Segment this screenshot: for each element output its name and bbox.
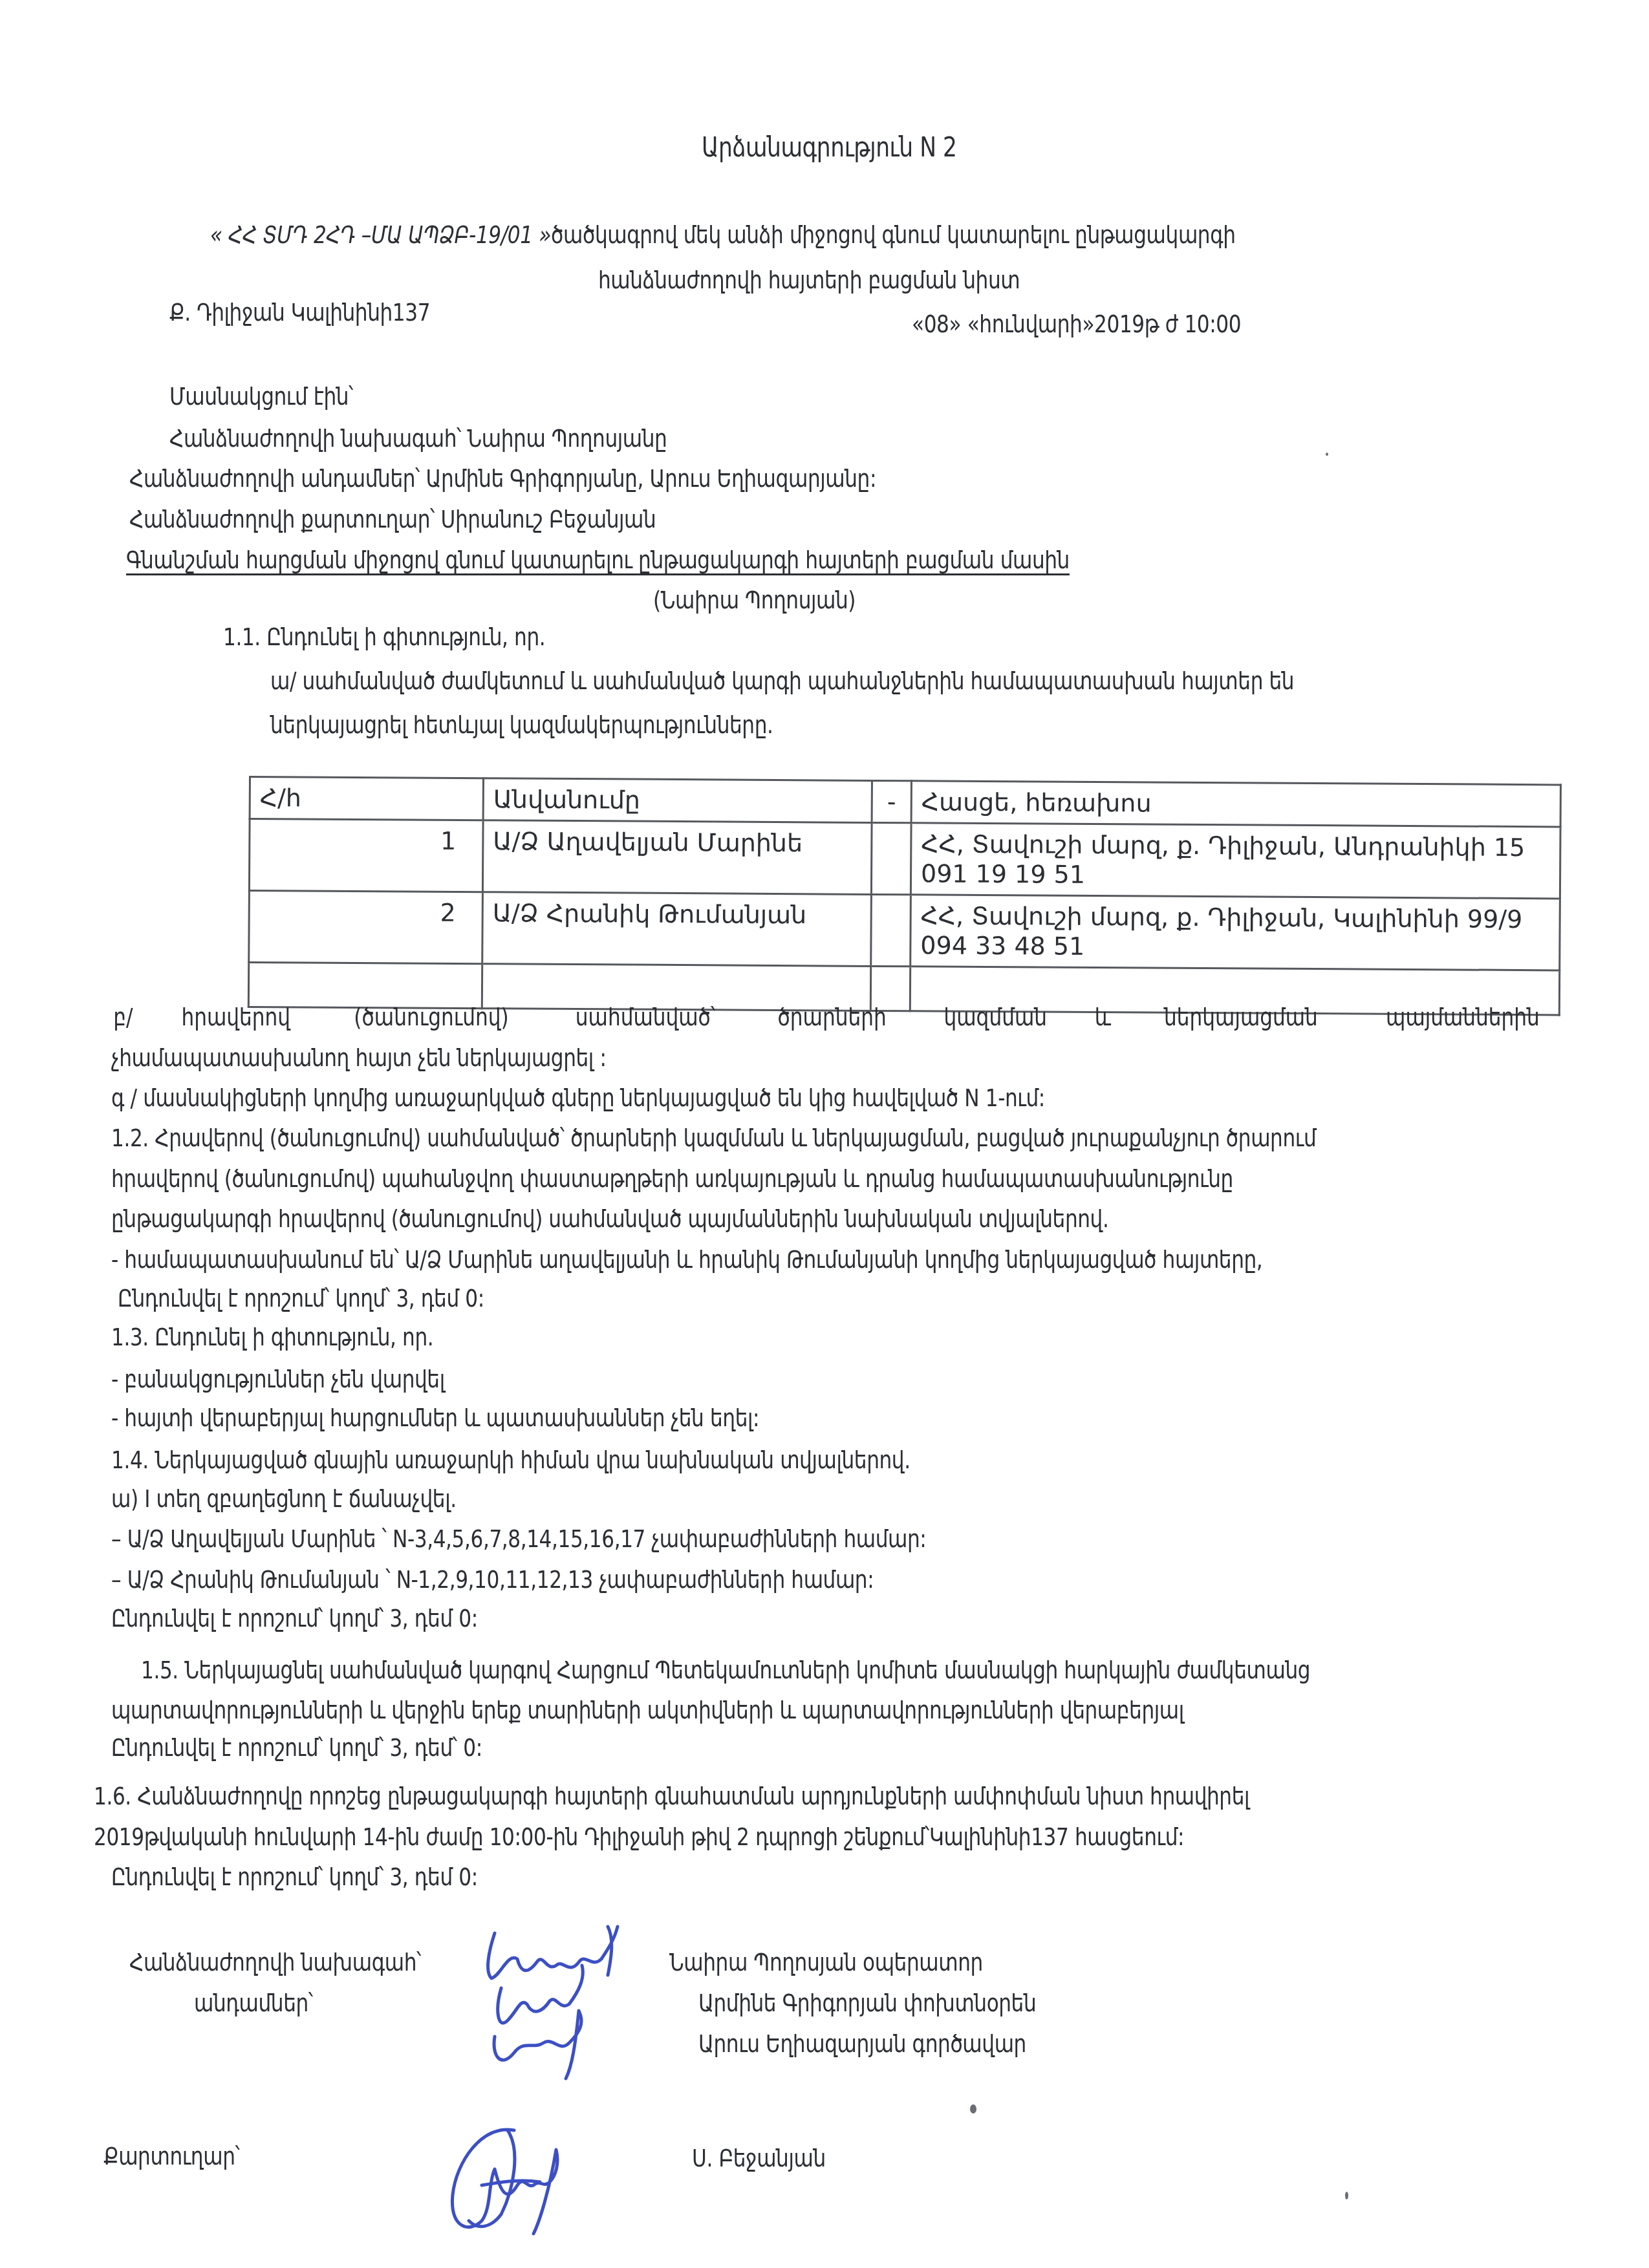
item-1-5-line2: պարտավորությունների և վերջին երեք տարինե… [111,1695,1184,1725]
scan-speck [1345,2192,1348,2199]
header-number: Հ/հ [250,777,483,820]
word: բ/ [113,1002,133,1032]
scan-speck [970,2104,976,2113]
document-title: Արձանագրություն N 2 [702,133,957,162]
item-1-4-intro: 1.4. Ներկայացված գնային առաջարկի հիման վ… [111,1445,911,1475]
item-1-4-a: ա) I տեղ զբաղեցնող է ճանաչվել. [111,1484,457,1514]
meeting-location: Ք. Դիլիջան Կալինինի137 [169,297,430,327]
item-1-6-vote: Ընդունվել է որոշում՝ կողմ՝ 3, դեմ 0: [111,1862,478,1892]
row-number: 1 [249,819,483,892]
item-1-6-line1: 1.6. Հանձնաժողովը որոշեց ընթացակարգի հայ… [94,1781,1249,1811]
document-subtitle-line2: հանձնաժողովի հայտերի բացման նիստ [598,265,1020,295]
row-phone: 091 19 19 51 [921,859,1550,892]
row-contact: ՀՀ, Տավուշի մարզ, ք. Դիլիջան, Անդրանիկի … [911,823,1560,899]
row-phone: 094 33 48 51 [920,930,1549,964]
word: (ծանուցումով) [354,1002,508,1032]
item-1-1-b-line1: բ/հրավերով(ծանուցումով)սահմանված՝ծրարներ… [111,1002,1557,1032]
word: ներկայացման [1164,1002,1318,1032]
item-1-1-g-line: գ / մասնակիցների կողմից առաջարկված գները… [111,1083,1045,1113]
document-title-text: Արձանագրություն N 2 [702,131,957,163]
meeting-date: «08» «հունվարի»2019թ ժ 10:00 [912,309,1241,339]
item-1-2-line1: 1.2. Հրավերով (ծանուցումով) սահմանված՝ ծ… [111,1123,1316,1153]
item-1-4-vote: Ընդունվել է որոշում՝ կողմ՝ 3, դեմ 0: [111,1603,478,1633]
scan-speck [1326,453,1328,456]
participant-chair: Հանձնաժողովի նախագահ՝ Նաիրա Պողոսյանը [169,423,667,453]
secretary-name: Ս. Բեջանյան [692,2143,826,2173]
member-1: Արմինե Գրիգորյան փոխտնօրեն [698,1988,1036,2018]
participant-members: Հանձնաժողովի անդամներ՝ Արմինե Գրիգորյանը… [129,464,876,493]
chair-label: Հանձնաժողովի նախագահ՝ [129,1947,421,1977]
row-address: ՀՀ, Տավուշի մարզ, ք. Դիլիջան, Անդրանիկի … [921,829,1550,862]
item-1-1-b-line2: չհամապատասխանող հայտ չեն ներկայացրել : [111,1043,606,1073]
item-1-2-line2: հրավերով (ծանուցումով) պահանջվող փաստաթղ… [111,1164,1233,1193]
item-1-4-winner-1: – Ա/Ձ Աղավելյան Մարինե ՝ N-3,4,5,6,7,8,1… [111,1524,926,1554]
item-1-4-winner-2: – Ա/Ձ Հրանիկ Թումանյան ՝ N-1,2,9,10,11,1… [111,1565,874,1594]
word: և [1094,1002,1110,1032]
word: կազմման [943,1002,1046,1032]
header-address: Հասցե, հեռախոս [911,781,1560,827]
word: սահմանված՝ [576,1002,716,1032]
secretary-label: Քարտուղար՝ [103,2141,239,2171]
item-1-2-line4: - համապատասխանում են՝ Ա/Ձ Մարինե աղավելյ… [111,1245,1262,1274]
word: ծրարների [777,1002,886,1032]
item-1-2-vote: Ընդունվել է որոշում՝ կողմ՝ 3, դեմ 0: [118,1283,484,1313]
chair-name: Նաիրա Պողոսյան օպերատոր [669,1947,983,1977]
word: պայմաններին [1386,1002,1540,1032]
item-1-5-line1: 1.5. Ներկայացնել սահմանված կարգով Հարցու… [141,1655,1310,1685]
row-dash [871,822,911,894]
table-row: 1 Ա/Ձ Աղավելյան Մարինե ՀՀ, Տավուշի մարզ,… [249,819,1560,899]
item-1-3-intro: 1.3. Ընդունել ի գիտություն, որ. [111,1322,433,1352]
item-1-1-a-line1: ա/ սահմանված ժամկետում և սահմանված կարգի… [270,666,1294,696]
header-dash: - [872,780,911,822]
participant-secretary: Հանձնաժողովի քարտուղար՝ Սիրանուշ Բեջանյա… [129,504,656,534]
bidders-table: Հ/հ Անվանումը - Հասցե, հեռախոս 1 Ա/Ձ Աղա… [248,776,1562,1016]
word: հրավերով [182,1002,291,1032]
row-address: ՀՀ, Տավուշի մարզ, ք. Դիլիջան, Կալինինի 9… [921,901,1550,934]
row-dash [871,894,911,966]
subtitle-rest: ծածկագրով մեկ անձի միջոցով գնում կատարել… [551,220,1236,249]
row-name: Ա/Ձ Աղավելյան Մարինե [482,820,872,895]
item-1-3-line1: - բանակցություններ չեն վարվել [111,1364,445,1394]
secretary-signature-icon [443,2124,611,2240]
procurement-code: « ՀՀ ՏՄԴ 2ՀԴ –ՄԱ ԱՊՁԲ-19/01 » [210,220,551,249]
item-1-6-line2: 2019թվականի հունվարի 14-ին ժամը 10:00-ին… [94,1822,1184,1852]
header-name: Անվանումը [483,778,872,823]
row-contact: ՀՀ, Տավուշի մարզ, ք. Դիլիջան, Կալինինի 9… [911,895,1560,970]
section-heading: Գնանշման հարցման միջոցով գնում կատարելու… [126,545,1070,575]
members-label: անդամներ՝ [194,1988,313,2018]
item-1-2-line3: ընթացակարգի հրավերով (ծանուցումով) սահմա… [111,1204,1108,1234]
item-1-5-vote: Ընդունվել է որոշում՝ կողմ՝ 3, դեմ՝ 0: [111,1733,482,1762]
table-row: 2 Ա/Ձ Հրանիկ Թումանյան ՀՀ, Տավուշի մարզ,… [249,891,1560,970]
section-speaker: (Նաիրա Պողոսյան) [653,585,856,615]
table-header-row: Հ/հ Անվանումը - Հասցե, հեռախոս [250,777,1560,827]
chair-signature-icon [482,1914,695,2082]
row-name: Ա/Ձ Հրանիկ Թումանյան [482,892,872,967]
item-1-1-intro: 1.1. Ընդունել ի գիտություն, որ. [223,622,545,652]
item-1-3-line2: - հայտի վերաբերյալ հարցումներ և պատասխան… [111,1403,759,1433]
participants-heading: Մասնակցում էին՝ [169,381,353,411]
member-2: Արուս Եղիազարյան գործավար [698,2029,1026,2059]
row-number: 2 [249,891,483,964]
item-1-1-a-line2: ներկայացրել հետևյալ կազմակերպությունները… [270,710,773,740]
document-subtitle: « ՀՀ ՏՄԴ 2ՀԴ –ՄԱ ԱՊՁԲ-19/01 »ծածկագրով մ… [210,220,1236,250]
